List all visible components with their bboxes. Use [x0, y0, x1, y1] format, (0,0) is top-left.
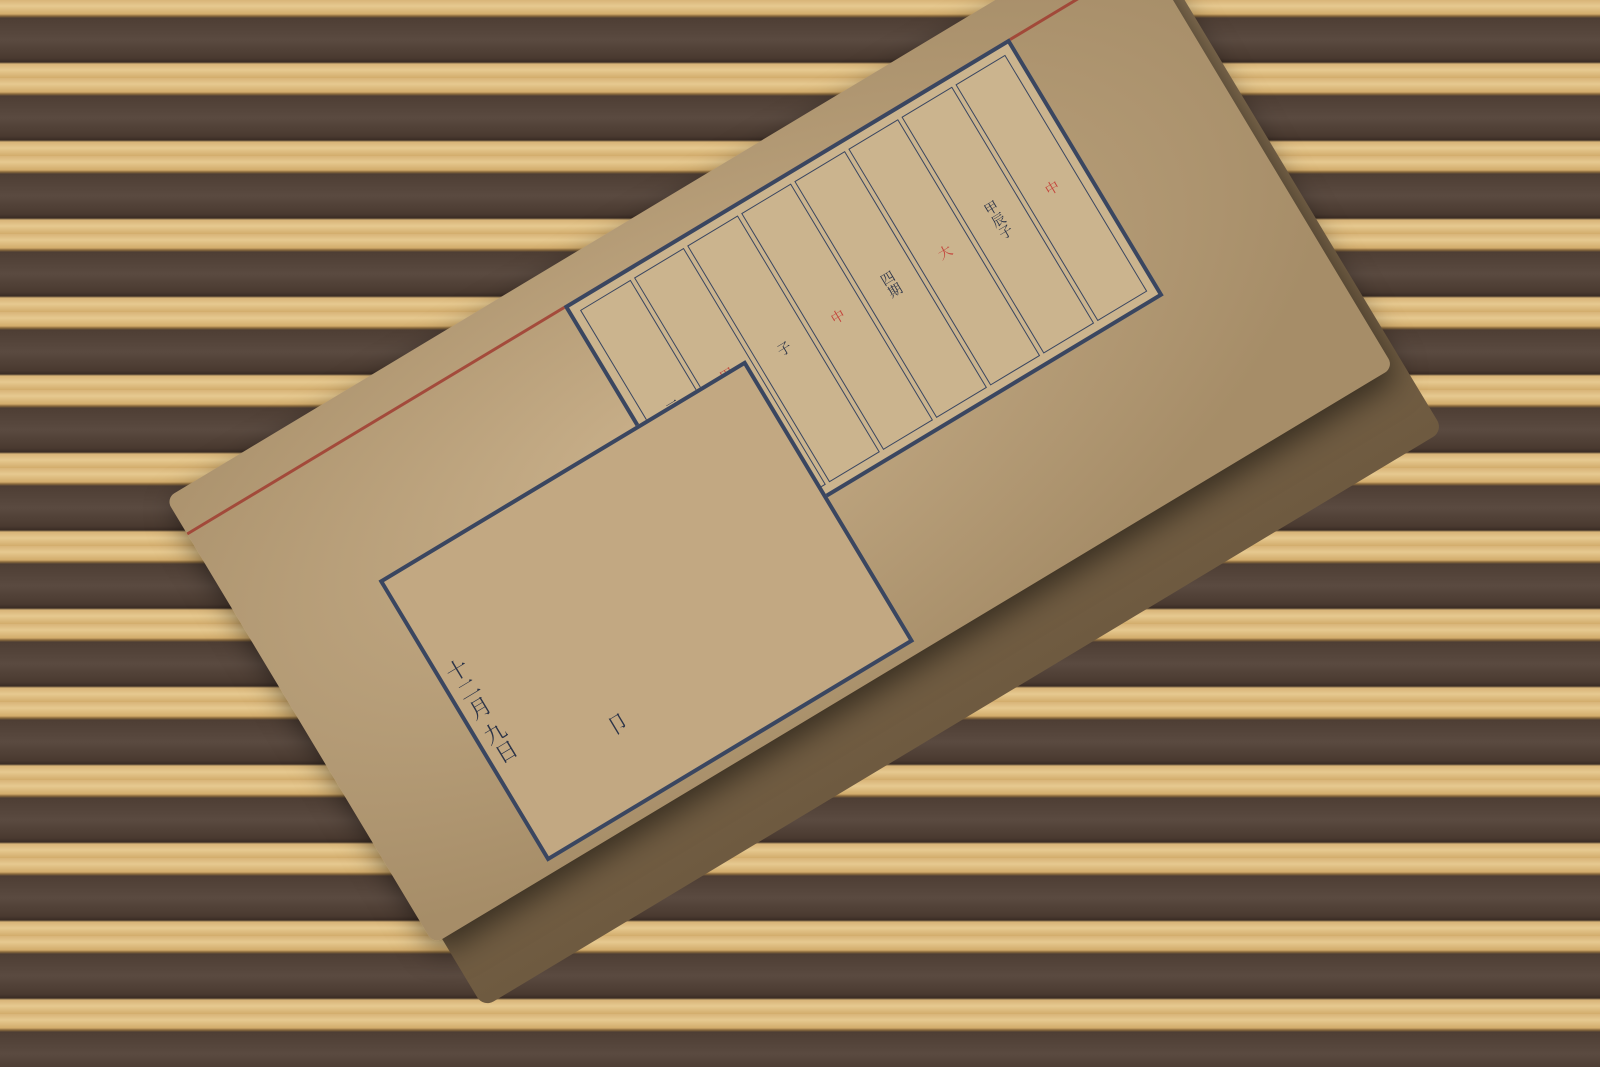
torn-label-text: 十二月 九日 [384, 566, 575, 856]
